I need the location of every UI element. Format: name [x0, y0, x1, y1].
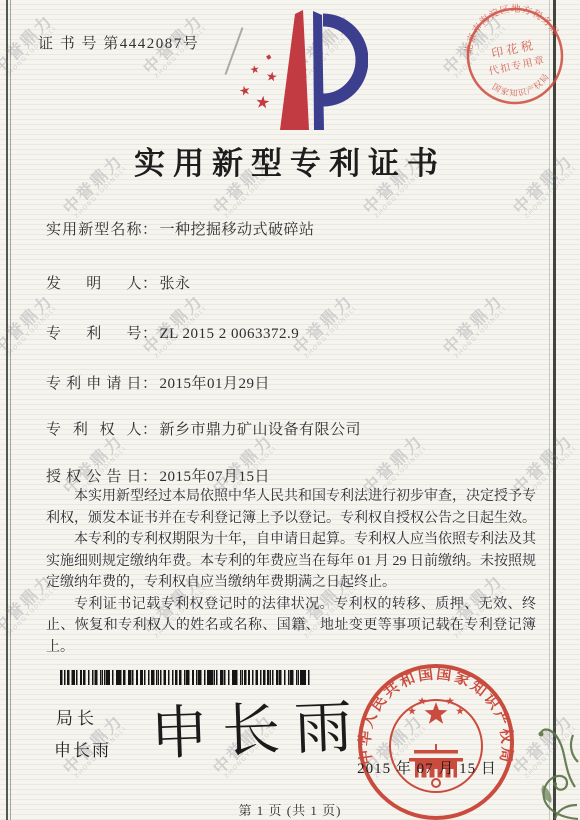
svg-text:★: ★	[456, 706, 465, 716]
field-colon: ：	[142, 372, 158, 393]
corner-ornament-icon	[505, 707, 580, 820]
field-colon: ：	[142, 322, 158, 343]
field-patentee: 专利权人：新乡市鼎力矿山设备有限公司	[46, 418, 361, 439]
director-title: 局长	[56, 704, 98, 729]
legal-text: 本实用新型经过本局依照中华人民共和国专利法进行初步审查，决定授予专利权，颁发本证…	[46, 486, 536, 658]
field-grant-date: 授权公告日：2015年07月15日	[46, 465, 270, 486]
patent-certificate-page: 中誉鼎力ZHONGYUDINGLI中誉鼎力ZHONGYUDINGLI中誉鼎力ZH…	[0, 0, 580, 820]
tax-stamp-icon: 北京市海淀区地方税务局 印花税 代扣专用章 国家知识产权局	[451, 0, 579, 120]
field-value: 2015年07月15日	[160, 469, 271, 485]
field-utility-model-name: 实用新型名称：一种挖掘移动式破碎站	[46, 218, 315, 239]
legal-paragraph: 本专利的专利权期限为十年，自申请日起算。专利权人应当依照专利法及其实施细则规定缴…	[46, 529, 536, 594]
field-value: 新乡市鼎力矿山设备有限公司	[160, 422, 362, 438]
logo-star-icon: ★	[265, 69, 278, 83]
field-label: 专利号	[46, 322, 142, 343]
tax-stamp-seal: 北京市海淀区地方税务局 印花税 代扣专用章 国家知识产权局	[451, 0, 579, 120]
seal-date: 2015 年 07 月 15 日	[352, 757, 502, 778]
field-value: 一种挖掘移动式破碎站	[160, 222, 315, 238]
field-inventor: 发明人：张永	[46, 272, 191, 293]
field-label: 授权公告日	[46, 465, 142, 486]
page-number: 第 1 页 (共 1 页)	[0, 800, 580, 819]
field-colon: ：	[142, 465, 158, 486]
certificate-number: 证 书 号 第4442087号	[38, 32, 199, 53]
field-patent-number: 专利号：ZL 2015 2 0063372.9	[46, 322, 299, 343]
scan-edge-left	[6, 0, 8, 820]
scan-edge-right-inner	[549, 0, 550, 820]
cnipa-logo: ◆ ★ ★ ★ ★	[233, 8, 368, 133]
field-colon: ：	[142, 418, 158, 439]
certificate-title: 实用新型专利证书	[0, 138, 580, 183]
field-label: 实用新型名称	[46, 218, 142, 239]
svg-text:★: ★	[446, 696, 455, 706]
field-label: 专利申请日	[46, 372, 142, 393]
field-colon: ：	[142, 218, 158, 239]
field-label: 专利权人	[46, 418, 142, 439]
field-label: 发明人	[46, 272, 142, 293]
scan-edge-right	[553, 0, 556, 820]
logo-star-icon: ★	[254, 93, 271, 112]
field-colon: ：	[142, 272, 158, 293]
legal-paragraph: 专利证书记载专利权登记时的法律状况。专利权的转移、质押、无效、终止、恢复和专利权…	[46, 594, 536, 659]
field-value: 张永	[160, 276, 191, 292]
logo-star-icon: ★	[249, 64, 261, 77]
field-list: 实用新型名称：一种挖掘移动式破碎站 发明人：张永 专利号：ZL 2015 2 0…	[46, 218, 516, 478]
scan-edge-left-inner	[10, 0, 11, 820]
director-name: 申长雨	[54, 736, 111, 761]
field-value: ZL 2015 2 0063372.9	[160, 326, 300, 342]
legal-paragraph: 本实用新型经过本局依照中华人民共和国专利法进行初步审查，决定授予专利权，颁发本证…	[46, 486, 536, 529]
field-value: 2015年01月29日	[160, 376, 271, 392]
field-filing-date: 专利申请日：2015年01月29日	[46, 372, 270, 393]
